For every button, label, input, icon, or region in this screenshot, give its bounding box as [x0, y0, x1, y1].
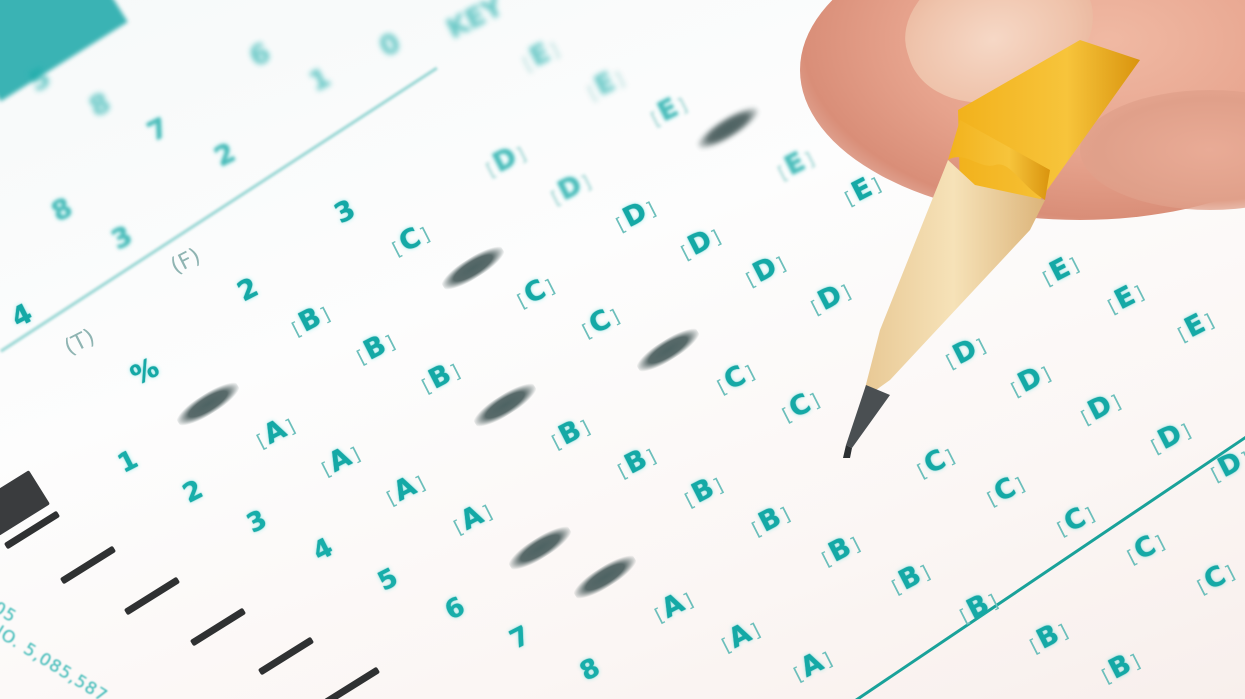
pencil-icon: [0, 0, 1245, 699]
answer-sheet-photo: 12345678%(T)(F)[A][A][A][A][A][A][A][B][…: [0, 0, 1245, 699]
